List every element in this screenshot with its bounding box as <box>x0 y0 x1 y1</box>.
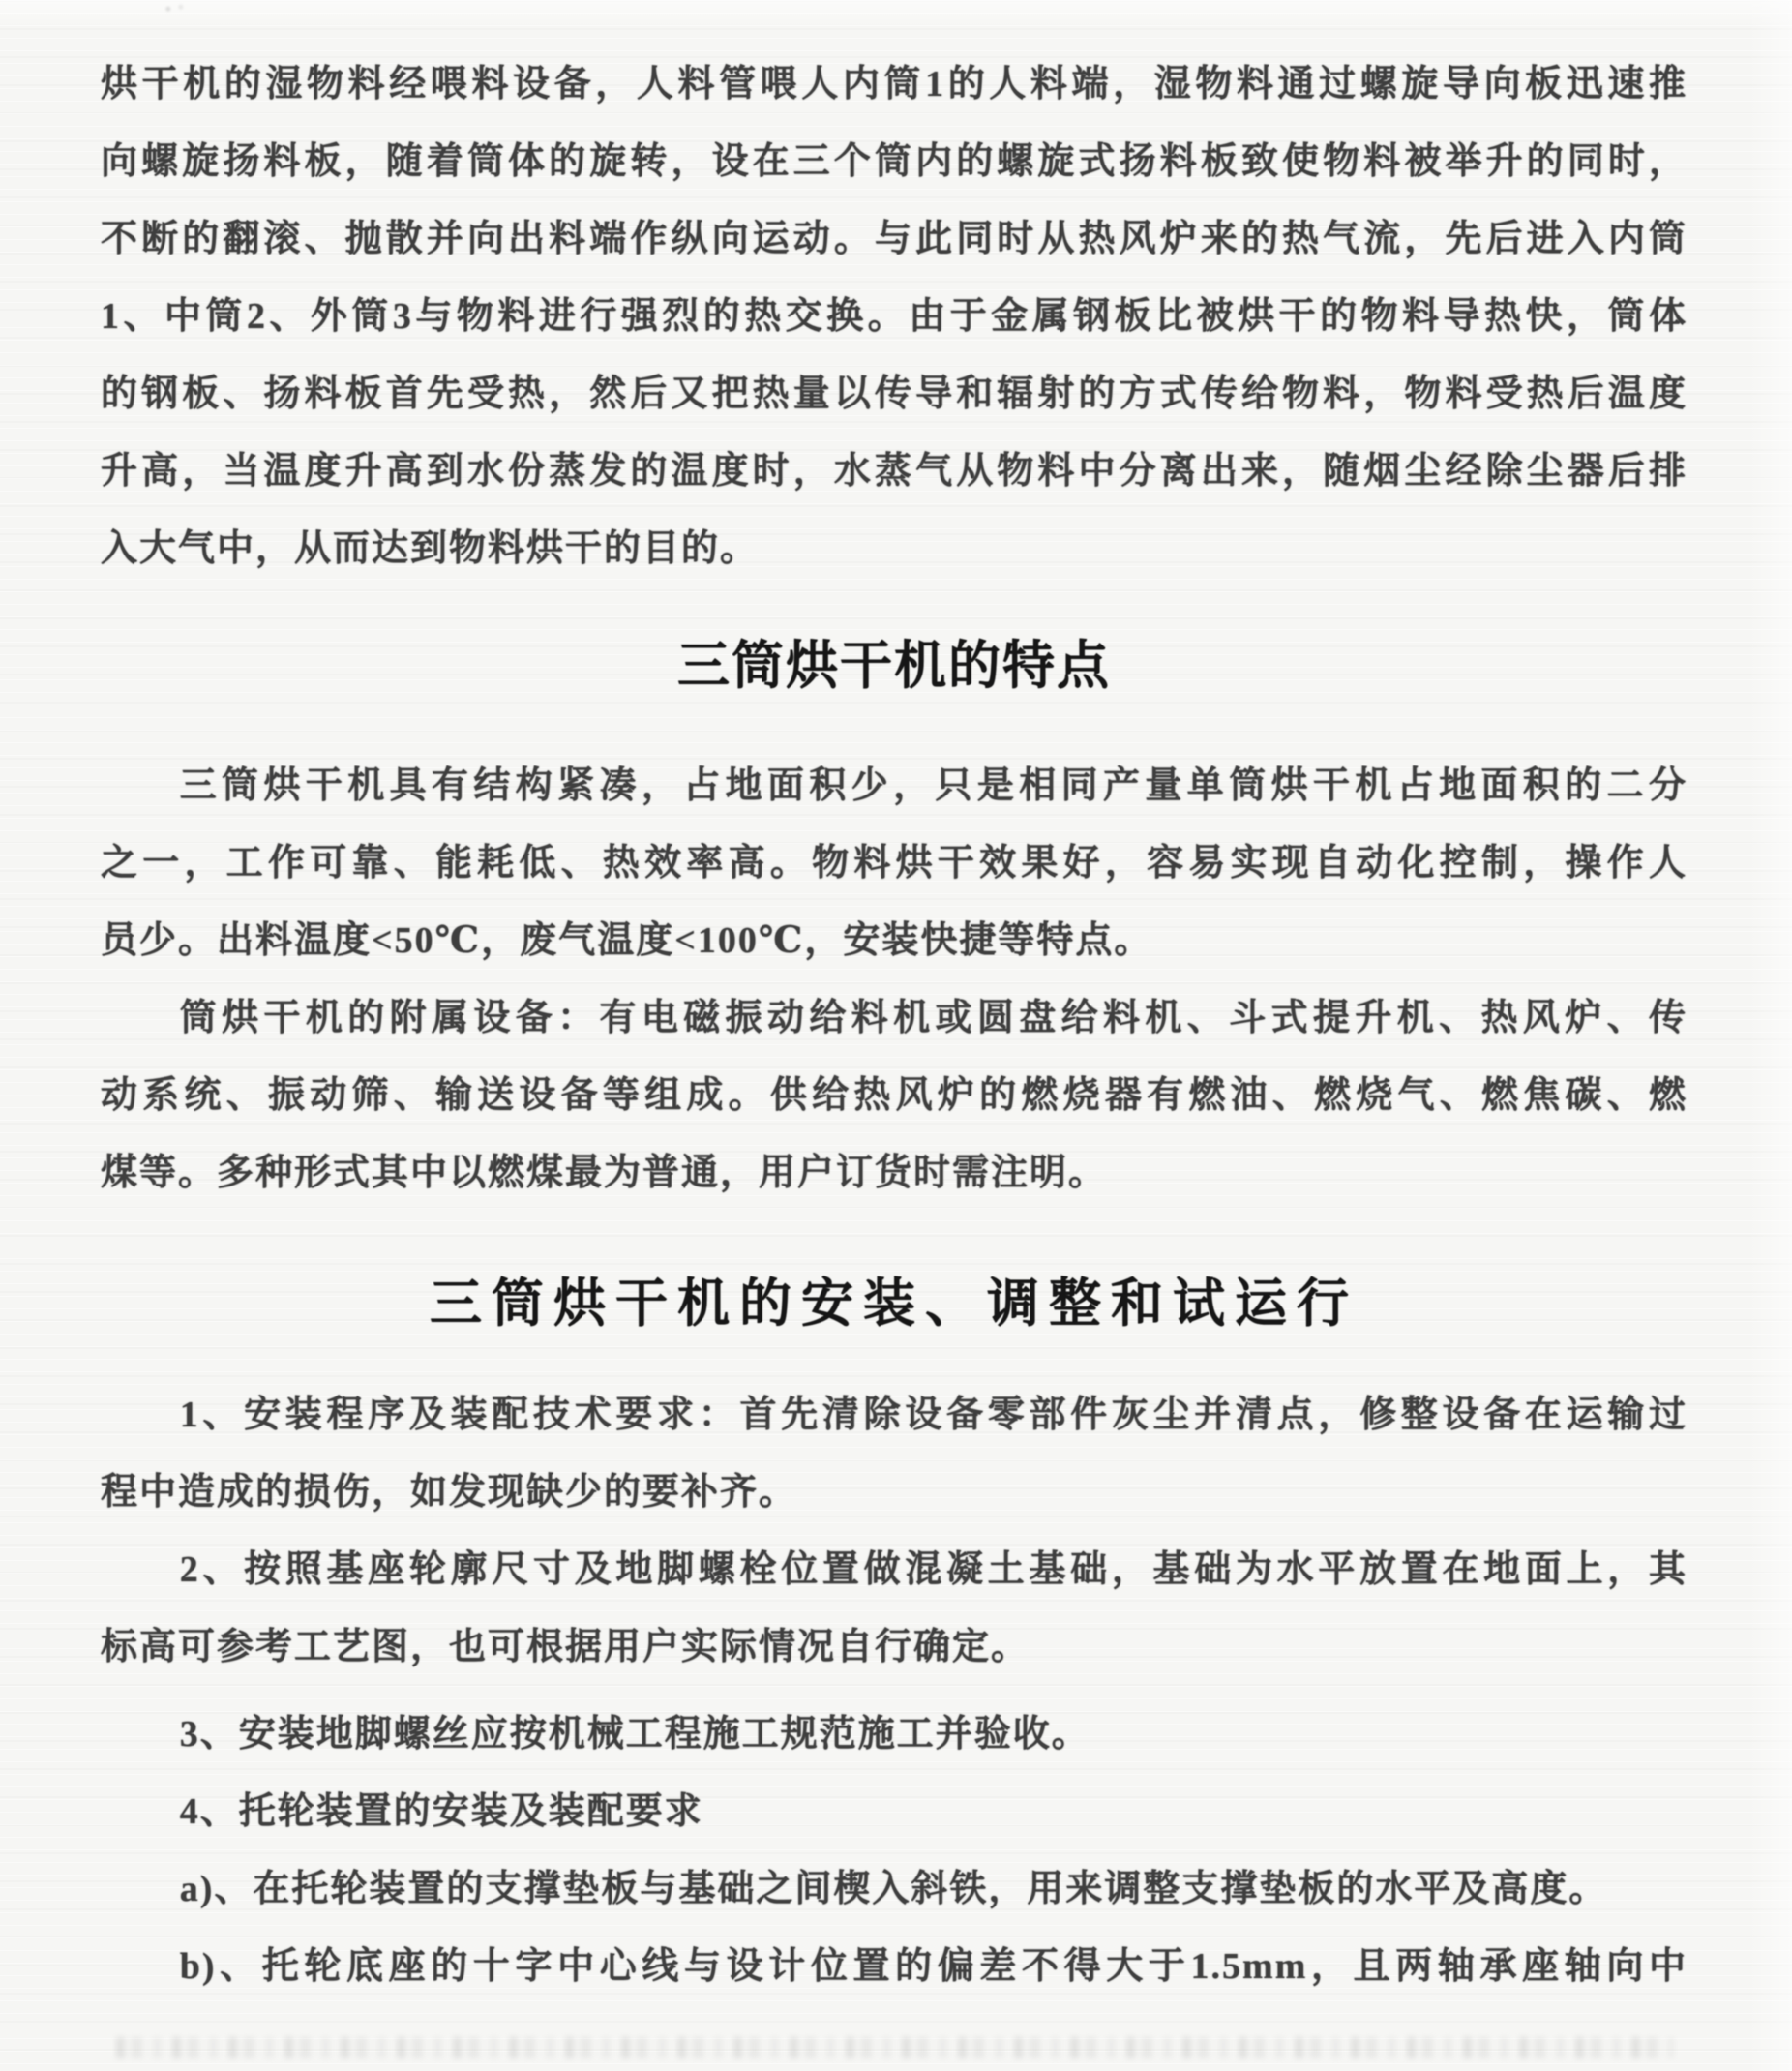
text-line: 员少。出料温度<50℃，废气温度<100℃，安装快捷等特点。 <box>101 902 1687 979</box>
cut-off-text-strip <box>116 2037 1674 2058</box>
list-item: 2、按照基座轮廓尺寸及地脚螺栓位置做混凝土基础，基础为水平放置在地面上，其 标高… <box>101 1531 1687 1686</box>
text-line: 2、按照基座轮廓尺寸及地脚螺栓位置做混凝土基础，基础为水平放置在地面上，其 <box>101 1531 1687 1608</box>
text-line: 筒烘干机的附属设备：有电磁振动给料机或圆盘给料机、斗式提升机、热风炉、传 <box>101 979 1687 1057</box>
section-heading-features-block: 三筒烘干机的特点 <box>101 622 1687 709</box>
text-line: 不断的翻滚、抛散并向出料端作纵向运动。与此同时从热风炉来的热气流，先后进入内筒 <box>101 200 1687 278</box>
text-line: 入大气中，从而达到物料烘干的目的。 <box>101 510 1687 587</box>
section-heading-features: 三筒烘干机的特点 <box>101 622 1687 709</box>
text-line: 程中造成的损伤，如发现缺少的要补齐。 <box>101 1454 1687 1531</box>
text-line: 1、中筒2、外筒3与物料进行强烈的热交换。由于金属钢板比被烘干的物料导热快，筒体 <box>101 278 1687 355</box>
list-item: 1、安装程序及装配技术要求：首先清除设备零部件灰尘并清点，修整设备在运输过 程中… <box>101 1376 1687 1531</box>
text-line: 煤等。多种形式其中以燃煤最为普通，用户订货时需注明。 <box>101 1134 1687 1212</box>
text-line: 4、托轮装置的安装及装配要求 <box>101 1773 1687 1850</box>
text-line: 的钢板、扬料板首先受热，然后又把热量以传导和辐射的方式传给物料，物料受热后温度 <box>101 355 1687 433</box>
text-line: 烘干机的湿物料经喂料设备，人料管喂人内筒1的人料端，湿物料通过螺旋导向板迅速推 <box>101 45 1687 123</box>
paragraph-auxiliary-equipment: 筒烘干机的附属设备：有电磁振动给料机或圆盘给料机、斗式提升机、热风炉、传 动系统… <box>101 979 1687 1212</box>
text-line: 标高可参考工艺图，也可根据用户实际情况自行确定。 <box>101 1608 1687 1686</box>
text-line: b)、托轮底座的十字中心线与设计位置的偏差不得大于1.5mm，且两轴承座轴向中 <box>101 1928 1687 2005</box>
text-line: 动系统、振动筛、输送设备等组成。供给热风炉的燃烧器有燃油、燃烧气、燃焦碳、燃 <box>101 1057 1687 1134</box>
paragraph-features: 三筒烘干机具有结构紧凑，占地面积少，只是相同产量单筒烘干机占地面积的二分 之一，… <box>101 747 1687 979</box>
section-heading-installation: 三筒烘干机的安装、调整和试运行 <box>101 1260 1687 1347</box>
section-heading-installation-block: 三筒烘干机的安装、调整和试运行 <box>101 1260 1687 1347</box>
text-line: a)、在托轮装置的支撑垫板与基础之间楔入斜铁，用来调整支撑垫板的水平及高度。 <box>101 1850 1687 1928</box>
text-line: 之一，工作可靠、能耗低、热效率高。物料烘干效果好，容易实现自动化控制，操作人 <box>101 825 1687 902</box>
text-line: 向螺旋扬料板，随着筒体的旋转，设在三个筒内的螺旋式扬料板致使物料被举升的同时， <box>101 123 1687 200</box>
text-line: 3、安装地脚螺丝应按机械工程施工规范施工并验收。 <box>101 1696 1687 1773</box>
installation-steps-list: 1、安装程序及装配技术要求：首先清除设备零部件灰尘并清点，修整设备在运输过 程中… <box>101 1376 1687 2005</box>
text-line: 三筒烘干机具有结构紧凑，占地面积少，只是相同产量单筒烘干机占地面积的二分 <box>101 747 1687 825</box>
scanned-document-content: 烘干机的湿物料经喂料设备，人料管喂人内筒1的人料端，湿物料通过螺旋导向板迅速推 … <box>0 0 1792 2071</box>
paragraph-working-principle: 烘干机的湿物料经喂料设备，人料管喂人内筒1的人料端，湿物料通过螺旋导向板迅速推 … <box>101 45 1687 587</box>
text-line: 1、安装程序及装配技术要求：首先清除设备零部件灰尘并清点，修整设备在运输过 <box>101 1376 1687 1454</box>
text-line: 升高，当温度升高到水份蒸发的温度时，水蒸气从物料中分离出来，随烟尘经除尘器后排 <box>101 433 1687 510</box>
document-page: { "colors": { "background": "#f6f6f4", "… <box>0 0 1792 2071</box>
